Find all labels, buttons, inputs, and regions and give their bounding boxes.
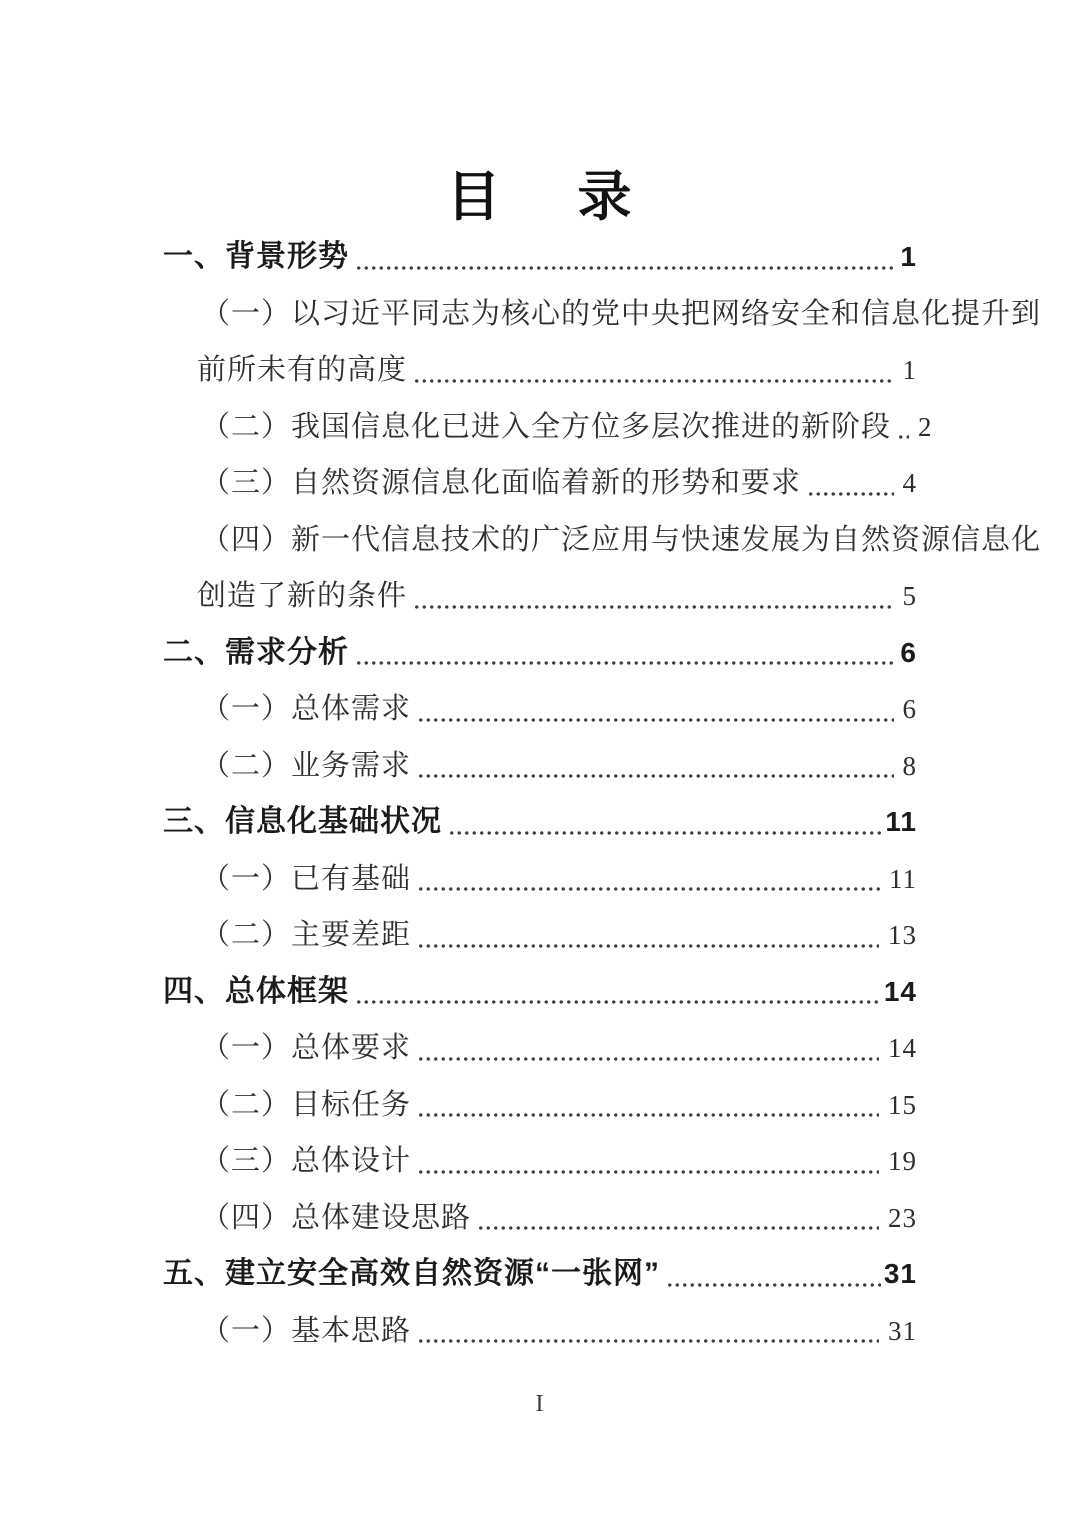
- toc-leader-dots: [477, 1190, 879, 1247]
- toc-page-number: 11: [885, 794, 917, 851]
- toc-entry-text: （一）基本思路: [201, 1303, 411, 1360]
- toc-entry-text: （二）主要差距: [201, 907, 411, 964]
- toc-entry-text: （四）总体建设思路: [201, 1190, 471, 1247]
- toc-entry-text: （一）总体要求: [201, 1020, 411, 1077]
- toc-page-number: 31: [884, 1246, 917, 1303]
- toc-leader-dots: [355, 229, 897, 286]
- toc-entry: 二、需求分析 6: [163, 625, 917, 682]
- toc-leader-dots: [417, 681, 893, 738]
- toc-leader-dots: [417, 851, 880, 908]
- toc-page-number: 15: [882, 1077, 917, 1134]
- toc-entry: （一）已有基础 11: [163, 851, 917, 908]
- toc-leader-dots: [417, 738, 893, 795]
- toc-entry: （四）新一代信息技术的广泛应用与快速发展为自然资源信息化: [163, 512, 917, 569]
- toc-entry: （一）总体需求 6: [163, 681, 917, 738]
- toc-entry: （一）基本思路 31: [163, 1303, 917, 1360]
- toc-page-number: 14: [882, 1020, 917, 1077]
- toc-page-number: 4: [897, 455, 918, 512]
- toc-entry: （三）总体设计 19: [163, 1133, 917, 1190]
- toc-leader-dots: [413, 568, 893, 625]
- toc-entry-text: 一、背景形势: [163, 229, 349, 286]
- toc-entry-text: 五、建立安全高效自然资源“一张网”: [163, 1246, 660, 1303]
- toc-leader-dots: [417, 907, 879, 964]
- toc-entry-text: 二、需求分析: [163, 625, 349, 682]
- toc-entry: （二）目标任务 15: [163, 1077, 917, 1134]
- toc-page-number: 2: [912, 399, 933, 456]
- toc-entry-text: （一）总体需求: [201, 681, 411, 738]
- toc-entry: （一）以习近平同志为核心的党中央把网络安全和信息化提升到: [163, 286, 917, 343]
- toc-leader-dots: [448, 794, 882, 851]
- toc-entry-text: 三、信息化基础状况: [163, 794, 442, 851]
- toc-entry-text: （四）新一代信息技术的广泛应用与快速发展为自然资源信息化: [201, 512, 1041, 569]
- toc-leader-dots: [897, 399, 909, 456]
- toc-entry: 一、背景形势 1: [163, 229, 917, 286]
- toc-leader-dots: [417, 1077, 879, 1134]
- toc-entry-text: （三）自然资源信息化面临着新的形势和要求: [201, 455, 801, 512]
- toc-leader-dots: [417, 1303, 879, 1360]
- toc-entry-text: （二）目标任务: [201, 1077, 411, 1134]
- toc-leader-dots: [355, 964, 881, 1021]
- toc-entry-text: 创造了新的条件: [197, 568, 407, 625]
- toc-page-number: 8: [897, 738, 918, 795]
- footer-page-number: I: [0, 1391, 1080, 1418]
- toc-page-number: 1: [900, 229, 917, 286]
- toc-page-number: 6: [900, 625, 917, 682]
- page-title: 目 录: [0, 168, 1080, 227]
- toc-leader-dots: [355, 625, 897, 682]
- toc-page-number: 13: [882, 907, 917, 964]
- toc-leader-dots: [666, 1246, 881, 1303]
- toc-page-number: 14: [884, 964, 917, 1021]
- toc-entry: （二）我国信息化已进入全方位多层次推进的新阶段 2: [163, 399, 917, 456]
- toc-entry: （二）业务需求 8: [163, 738, 917, 795]
- toc-entry-text: （二）业务需求: [201, 738, 411, 795]
- toc-entry: 五、建立安全高效自然资源“一张网” 31: [163, 1246, 917, 1303]
- toc-entry-text: （三）总体设计: [201, 1133, 411, 1190]
- toc-entry-text: （二）我国信息化已进入全方位多层次推进的新阶段: [201, 399, 891, 456]
- toc-entry: 前所未有的高度 1: [163, 342, 917, 399]
- document-page: 目 录 一、背景形势 1 （一）以习近平同志为核心的党中央把网络安全和信息化提升…: [0, 0, 1080, 1527]
- toc-entry: 创造了新的条件 5: [163, 568, 917, 625]
- toc-entry: （三）自然资源信息化面临着新的形势和要求 4: [163, 455, 917, 512]
- toc-leader-dots: [807, 455, 893, 512]
- toc-page-number: 23: [882, 1190, 917, 1247]
- toc-entry: （四）总体建设思路 23: [163, 1190, 917, 1247]
- toc-entry-text: （一）已有基础: [201, 851, 411, 908]
- toc-entry: （二）主要差距 13: [163, 907, 917, 964]
- toc-entry-text: （一）以习近平同志为核心的党中央把网络安全和信息化提升到: [201, 286, 1041, 343]
- toc-entry: 四、总体框架 14: [163, 964, 917, 1021]
- toc-entry: （一）总体要求 14: [163, 1020, 917, 1077]
- toc-leader-dots: [417, 1020, 879, 1077]
- toc-entry-text: 前所未有的高度: [197, 342, 407, 399]
- toc-leader-dots: [413, 342, 893, 399]
- toc-leader-dots: [417, 1133, 879, 1190]
- toc-page-number: 11: [883, 851, 917, 908]
- toc-page-number: 31: [882, 1303, 917, 1360]
- toc-entry: 三、信息化基础状况 11: [163, 794, 917, 851]
- toc-page-number: 5: [897, 568, 918, 625]
- toc-list: 一、背景形势 1 （一）以习近平同志为核心的党中央把网络安全和信息化提升到 前所…: [163, 229, 917, 1359]
- toc-page-number: 19: [882, 1133, 917, 1190]
- toc-page-number: 1: [897, 342, 918, 399]
- toc-page-number: 6: [897, 681, 918, 738]
- toc-entry-text: 四、总体框架: [163, 964, 349, 1021]
